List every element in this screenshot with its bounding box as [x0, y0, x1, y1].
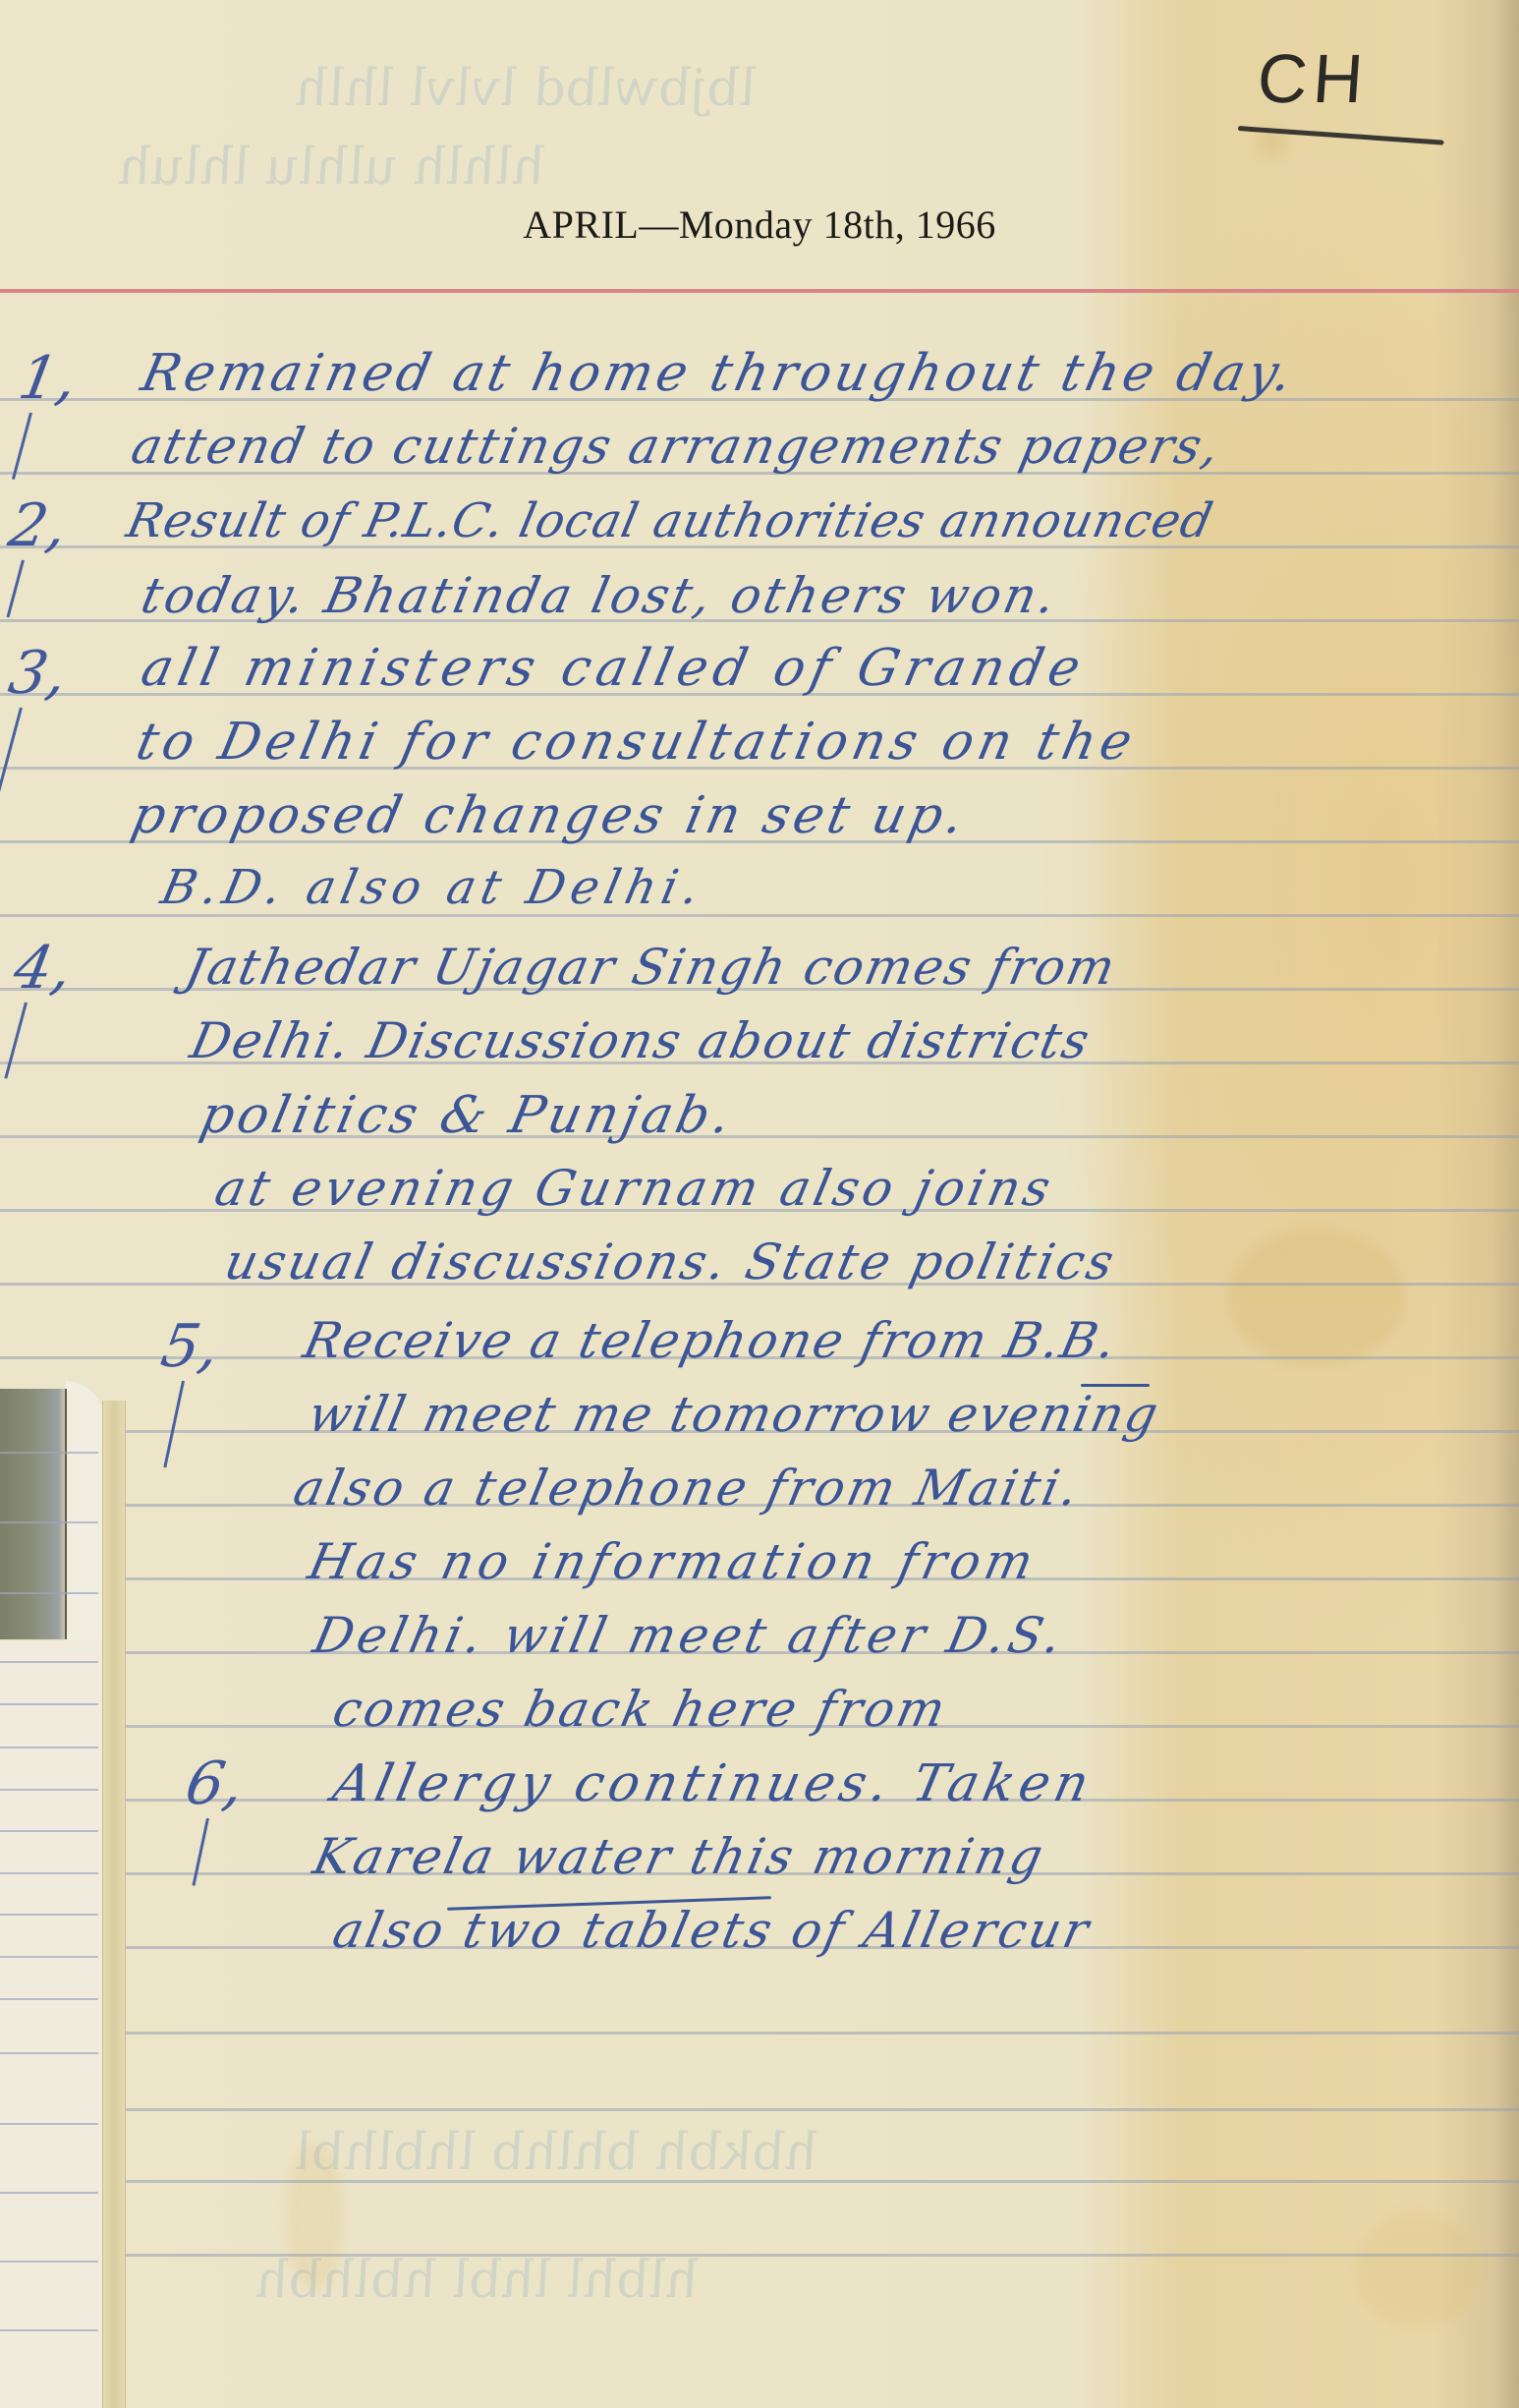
- entry-number: 2,: [4, 491, 73, 560]
- entry-line: politics & Punjab.: [196, 1086, 740, 1145]
- entry-line: at evening Gurnam also joins: [210, 1160, 1059, 1217]
- underlying-ruled-line: [0, 1592, 98, 1594]
- underlying-ruled-line: [0, 1703, 98, 1705]
- entry-line: attend to cuttings arrangements papers,: [127, 418, 1226, 475]
- binding-cloth: [0, 1389, 67, 1639]
- underlying-ruled-line: [0, 2052, 98, 2054]
- entry-number-stroke: [7, 560, 25, 618]
- entry-line: Result of P.L.C. local authorities annou…: [122, 493, 1218, 548]
- entry-line: will meet me tomorrow evening: [304, 1386, 1165, 1443]
- stacked-page-edges: [102, 1401, 126, 2408]
- entry-number-stroke: [12, 413, 32, 480]
- show-through-text: hlbhl lhbl hblhbh: [249, 2251, 705, 2310]
- entry-line: also two tablets of Allercur: [328, 1902, 1097, 1959]
- entry-line: Receive a telephone from B.B.: [299, 1312, 1123, 1369]
- underlying-ruled-line: [0, 2192, 98, 2194]
- show-through-text: hbkbh bhlhb lhblhbl: [288, 2123, 825, 2182]
- underlying-page-lower: [0, 1641, 102, 2408]
- corner-initials-text: CH: [1255, 39, 1372, 118]
- underlying-ruled-line: [0, 1789, 98, 1791]
- entry-line: Delhi. Discussions about districts: [186, 1012, 1097, 1069]
- entry-number: 6,: [181, 1749, 250, 1818]
- underlying-ruled-line: [0, 1452, 98, 1454]
- entry-line: Allergy continues. Taken: [328, 1754, 1099, 1813]
- underlying-ruled-line: [0, 2329, 98, 2331]
- paper-stain: [1356, 2211, 1484, 2329]
- entry-line: Karela water this morning: [309, 1828, 1050, 1885]
- paper-stain: [1228, 1229, 1405, 1366]
- underlying-ruled-line: [0, 1998, 98, 2000]
- underlying-ruled-line: [0, 1830, 98, 1832]
- entry-line: Remained at home throughout the day.: [137, 344, 1302, 403]
- entry-number-stroke: [192, 1818, 208, 1886]
- entry-line: to Delhi for consultations on the: [132, 713, 1143, 772]
- ruled-line: [0, 2108, 1519, 2111]
- entry-number: 4,: [9, 934, 78, 1003]
- entry-line: Jathedar Ujagar Singh comes from: [181, 939, 1122, 996]
- underlying-ruled-line: [0, 1747, 98, 1749]
- underlying-ruled-line: [0, 1872, 98, 1874]
- entry-line: proposed changes in set up.: [127, 786, 973, 845]
- entry-number-stroke: [163, 1381, 185, 1468]
- page-date-header: APRIL—Monday 18th, 1966: [0, 201, 1519, 248]
- ruled-line: [0, 2180, 1519, 2183]
- underlying-ruled-line: [0, 1661, 98, 1663]
- underlying-ruled-line: [0, 2123, 98, 2125]
- entry-line: Has no information from: [304, 1533, 1043, 1590]
- corner-underline: [1238, 126, 1444, 145]
- header-red-rule: [0, 289, 1519, 293]
- entry-number-stroke: [4, 1003, 28, 1079]
- entry-line: B.D. also at Delhi.: [156, 860, 709, 915]
- show-through-text: hlhlh ulhlu lhluh: [111, 138, 552, 197]
- ruled-line: [0, 2032, 1519, 2035]
- entry-line: today. Bhatinda lost, others won.: [137, 567, 1064, 624]
- show-through-text: lbjbwlbd lvlvl lhlh: [288, 59, 763, 118]
- diary-page: lbjbwlbd lvlvl lhlh hlhlh ulhlu lhluh hb…: [0, 0, 1519, 2408]
- entry-line: comes back here from: [328, 1681, 953, 1738]
- entry-number: 3,: [4, 639, 73, 708]
- underlying-ruled-line: [0, 1521, 98, 1523]
- entry-number: 5,: [156, 1312, 225, 1381]
- underlying-ruled-line: [0, 1914, 98, 1916]
- entry-line: usual discussions. State politics: [220, 1233, 1122, 1290]
- entry-line: also a telephone from Maiti.: [289, 1460, 1087, 1517]
- page-tab-cutout: [0, 1381, 128, 2408]
- underlying-ruled-line: [0, 2261, 98, 2263]
- entry-number-stroke: [0, 708, 23, 794]
- corner-initials: CH: [1218, 39, 1454, 147]
- entry-line: all ministers called of Grande: [137, 639, 1092, 698]
- underlying-ruled-line: [0, 1956, 98, 1958]
- entry-number: 1,: [14, 344, 83, 413]
- entry-line: Delhi. will meet after D.S.: [309, 1607, 1071, 1664]
- ruled-line: [0, 2254, 1519, 2257]
